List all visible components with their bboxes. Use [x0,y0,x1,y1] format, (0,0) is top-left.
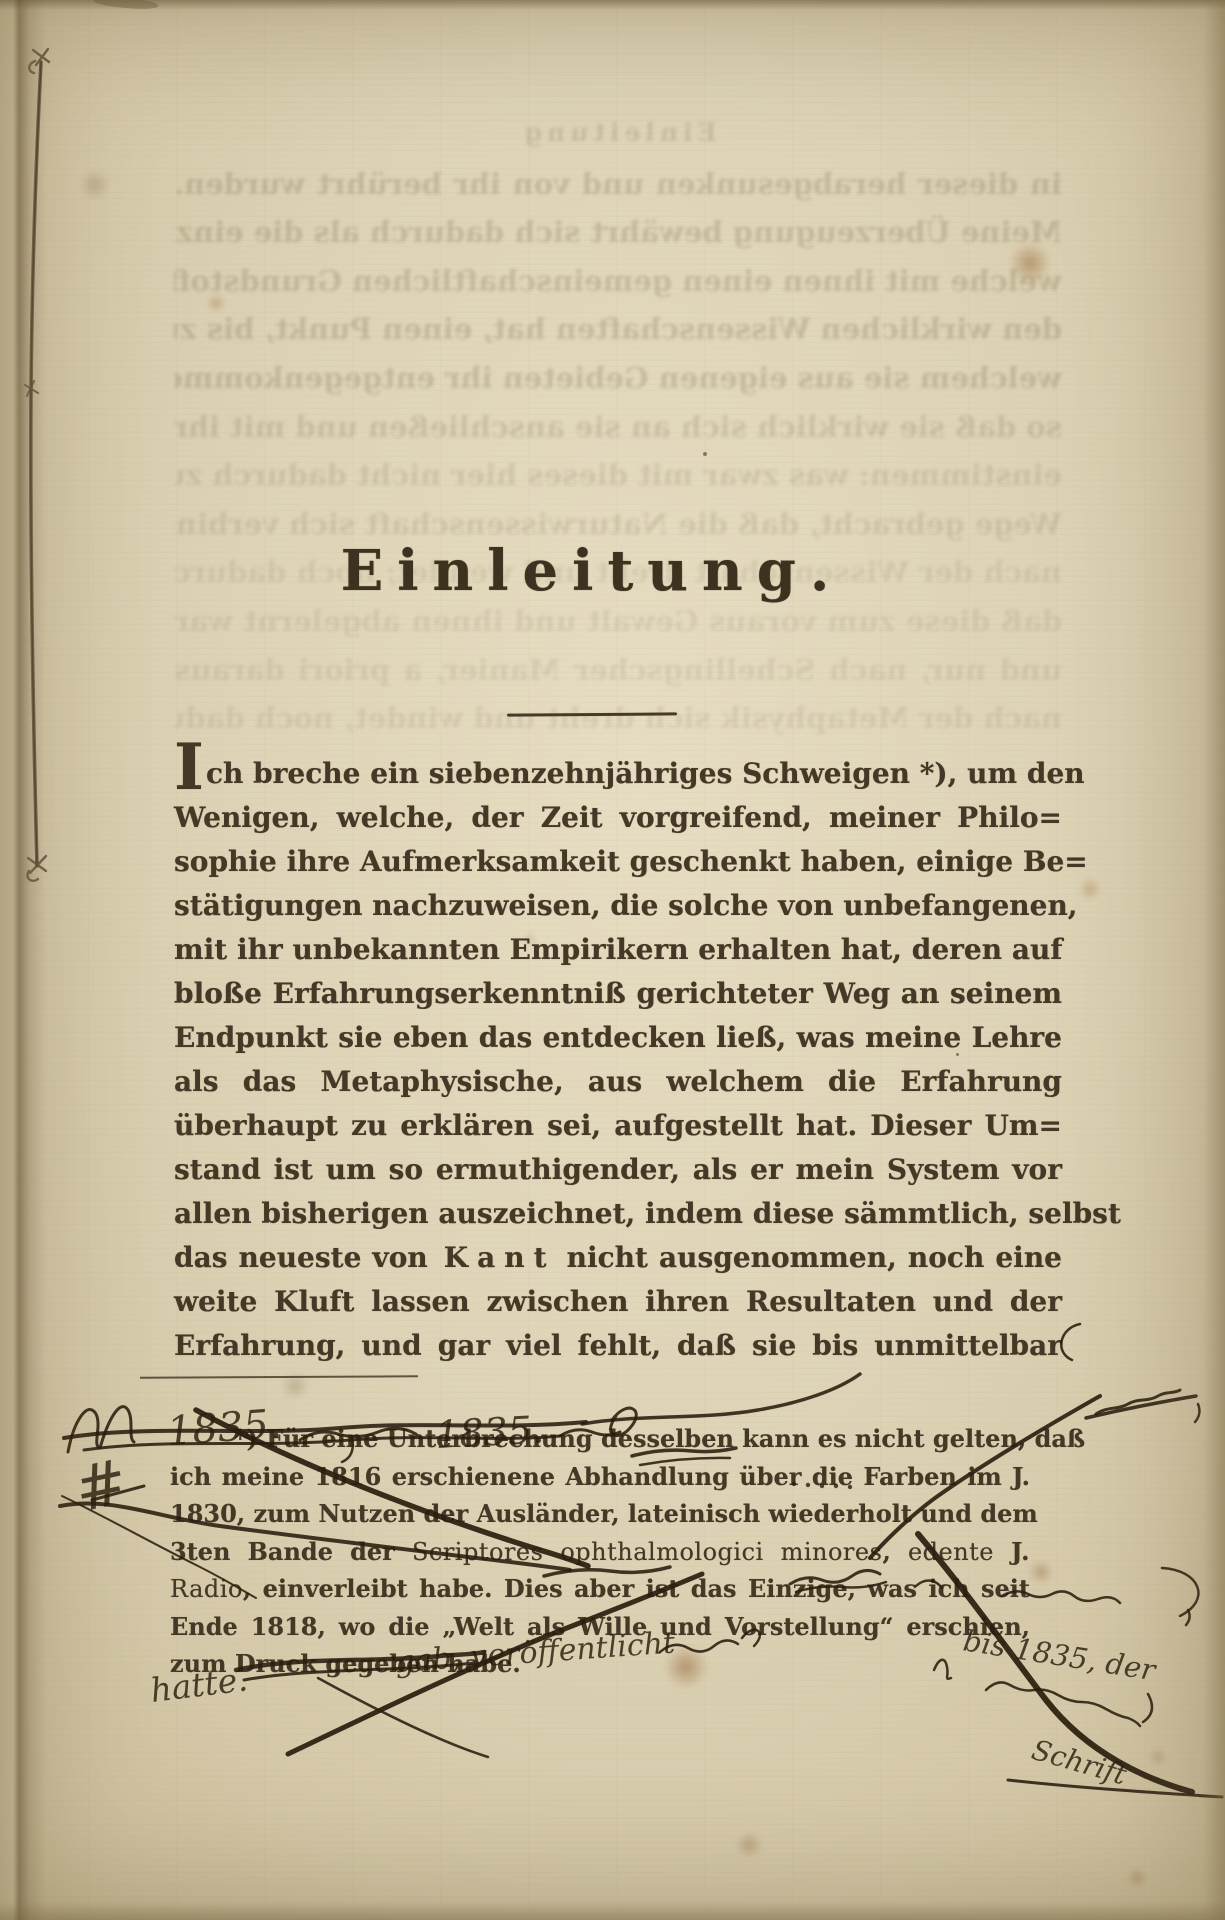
handwritten-gab-veroeffentlicht: gab, veröffentlicht [394,1625,677,1680]
ink-annotations [60,1324,1222,1797]
book-page: Einleitungin dieser herabgesunken und vo… [0,0,1225,1920]
handwritten-hash-mark: # [68,1444,134,1526]
handwritten-date-b: 1835. [434,1407,545,1457]
binding-thread-icon [25,49,49,881]
handwritten-hatte: hatte. [148,1659,250,1710]
handwriting-overlay: 1835. 1835. # gab, veröffentlicht hatte.… [0,0,1225,1920]
handwritten-bis-1835: bis 1835, der [961,1623,1160,1687]
